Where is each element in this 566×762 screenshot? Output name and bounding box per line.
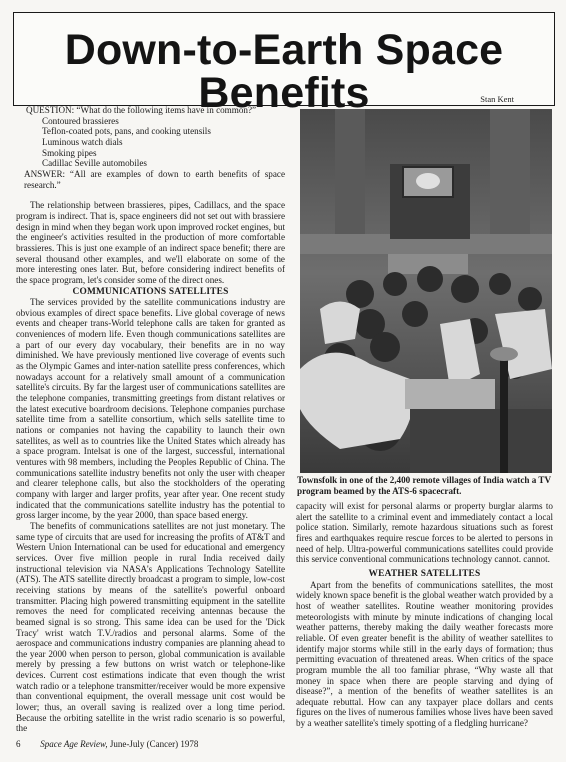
section-heading-weather: WEATHER SATELLITES — [296, 569, 553, 580]
section-heading-communications: COMMUNICATIONS SATELLITES — [16, 287, 285, 298]
list-item: Contoured brassieres — [42, 116, 285, 127]
publication-name: Space Age Review, — [40, 739, 107, 749]
question: QUESTION: “What do the following items h… — [16, 105, 285, 116]
issue-date: June-July (Cancer) 1978 — [110, 739, 198, 749]
paragraph-weather: Apart from the benefits of communication… — [296, 580, 553, 729]
list-item: Luminous watch dials — [42, 137, 285, 148]
author-byline: Stan Kent — [480, 94, 514, 104]
page-footer: 6 Space Age Review, June-July (Cancer) 1… — [16, 739, 198, 749]
page-number: 6 — [16, 739, 38, 749]
left-column: QUESTION: “What do the following items h… — [16, 105, 285, 734]
answer: ANSWER: “All are examples of down to ear… — [16, 169, 285, 190]
list-item: Smoking pipes — [42, 148, 285, 159]
paragraph-benefits: The benefits of communications satellite… — [16, 521, 285, 734]
article-title: Down-to-Earth Space Benefits — [14, 29, 554, 115]
photo-illustration — [300, 109, 552, 473]
list-item: Teflon-coated pots, pans, and cooking ut… — [42, 126, 285, 137]
paragraph-communications: The services provided by the satellite c… — [16, 297, 285, 521]
photo-caption: Townsfolk in one of the 2,400 remote vil… — [297, 475, 557, 496]
villagers-watching-tv-photo — [300, 109, 552, 473]
right-column: capacity will exist for personal alarms … — [296, 501, 553, 729]
title-box: Down-to-Earth Space Benefits Stan Kent — [13, 12, 555, 106]
paragraph-intro: The relationship between brassieres, pip… — [16, 200, 285, 285]
list-item: Cadillac Seville automobiles — [42, 158, 285, 169]
items-list: Contoured brassieres Teflon-coated pots,… — [16, 116, 285, 169]
paragraph-benefits-continued: capacity will exist for personal alarms … — [296, 501, 553, 565]
